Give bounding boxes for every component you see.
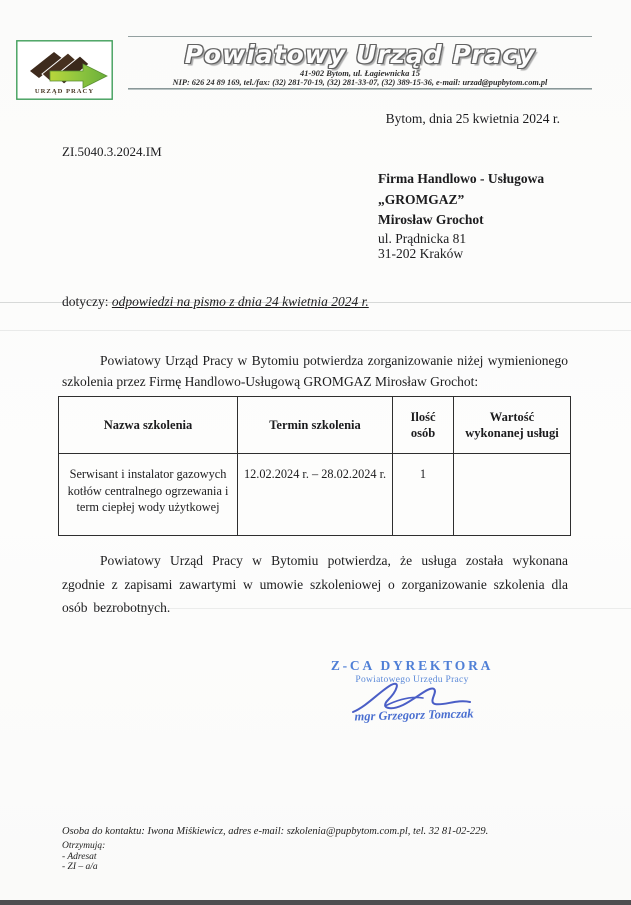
recipient-street: ul. Prądnicka 81 (378, 231, 544, 247)
recipient-city: 31-202 Kraków (378, 246, 544, 262)
recipient-block: Firma Handlowo - Usługowa „GROMGAZ” Miro… (378, 169, 544, 262)
distribution-item-addressee: - Adresat (62, 852, 488, 863)
stamp-title: Z-CA DYREKTORA (322, 658, 502, 674)
recipient-company: Firma Handlowo - Usługowa (378, 169, 544, 190)
col-header-service-value: Wartość wykonanej usługi (454, 397, 571, 454)
subject-text: odpowiedzi na pismo z dnia 24 kwietnia 2… (112, 294, 369, 309)
col-header-training-name: Nazwa szkolenia (59, 397, 238, 454)
masthead-rule-top (128, 36, 592, 37)
scan-edge-bar (0, 900, 631, 905)
distribution-item-file: - ZI – a/a (62, 862, 488, 873)
reference-number: ZI.5040.3.2024.IM (62, 144, 162, 160)
office-title: Powiatowy Urząd Pracy (130, 40, 590, 69)
table-row: Serwisant i instalator gazowych kotłów c… (59, 454, 571, 536)
office-contact-line: NIP: 626 24 89 169, tel./fax: (32) 281-7… (110, 78, 610, 87)
col-header-people-count: Ilość osób (393, 397, 454, 454)
subject-label: dotyczy: (62, 294, 109, 309)
recipient-brand: „GROMGAZ” (378, 190, 544, 211)
urzad-pracy-logo-icon: URZĄD PRACY (16, 40, 113, 100)
urzad-pracy-logo: URZĄD PRACY (16, 40, 113, 105)
footer-block: Osoba do kontaktu: Iwona Miśkiewicz, adr… (62, 825, 488, 873)
signatory-name: mgr Grzegorz Tomczak (330, 706, 498, 725)
completion-paragraph: Powiatowy Urząd Pracy w Bytomiu potwierd… (62, 549, 568, 620)
contact-person-line: Osoba do kontaktu: Iwona Miśkiewicz, adr… (62, 825, 488, 838)
logo-caption: URZĄD PRACY (35, 88, 94, 95)
subject-line: dotyczy: odpowiedzi na pismo z dnia 24 k… (62, 294, 369, 310)
col-header-training-term: Termin szkolenia (238, 397, 393, 454)
confirmation-paragraph: Powiatowy Urząd Pracy w Bytomiu potwierd… (62, 350, 568, 392)
cell-people-count: 1 (393, 454, 454, 536)
distribution-label: Otrzymują: (62, 841, 488, 852)
training-table: Nazwa szkolenia Termin szkolenia Ilość o… (58, 396, 571, 536)
table-header-row: Nazwa szkolenia Termin szkolenia Ilość o… (59, 397, 571, 454)
cell-service-value (454, 454, 571, 536)
recipient-person: Mirosław Grochot (378, 210, 544, 231)
scanned-letter-page: Powiatowy Urząd Pracy 41-902 Bytom, ul. … (0, 0, 631, 905)
cell-training-name: Serwisant i instalator gazowych kotłów c… (59, 454, 238, 536)
date-line: Bytom, dnia 25 kwietnia 2024 r. (0, 111, 560, 127)
office-address: 41-902 Bytom, ul. Łagiewnicka 15 (110, 68, 610, 78)
masthead-rule-bottom (128, 88, 592, 90)
cell-training-term: 12.02.2024 r. – 28.02.2024 r. (238, 454, 393, 536)
fold-crease-mid (0, 330, 631, 331)
